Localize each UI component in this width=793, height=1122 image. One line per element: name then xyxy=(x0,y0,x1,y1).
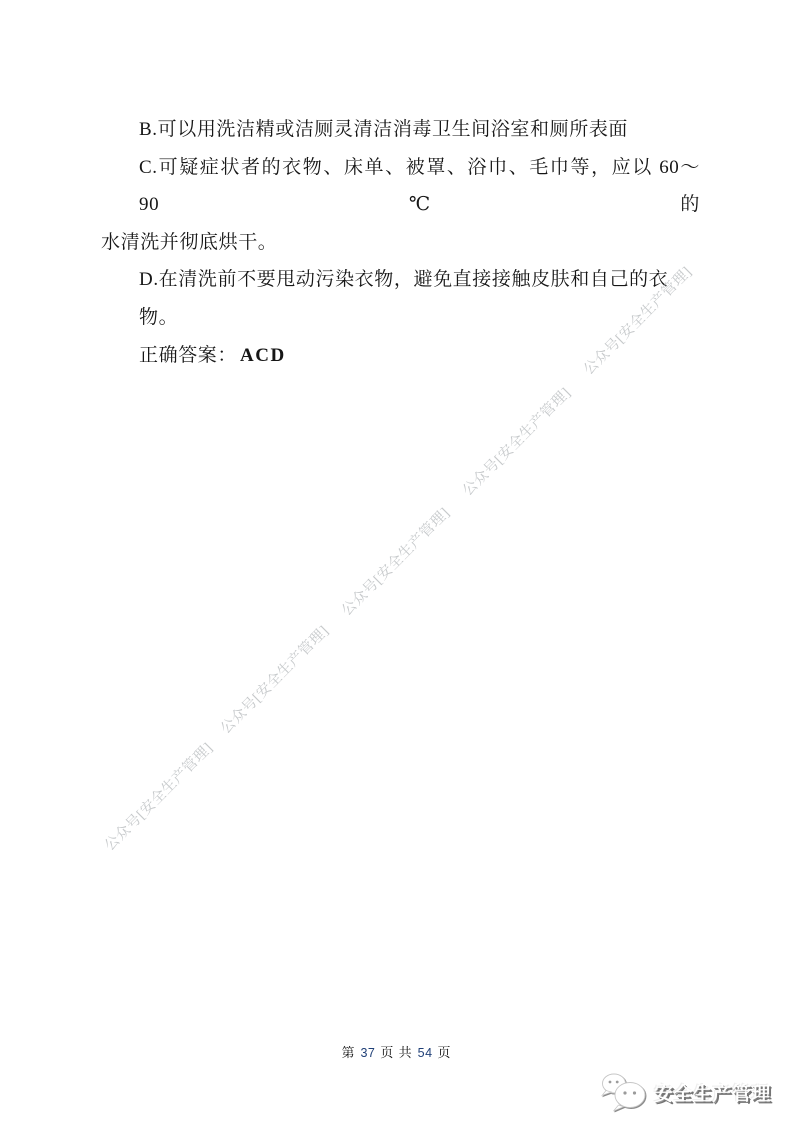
watermark: 公众号[安全生产管理] xyxy=(457,382,575,500)
watermark: 公众号[安全生产管理] xyxy=(336,502,454,620)
answer-label: 正确答案： xyxy=(139,345,237,366)
option-c-line-2: 水清洗并彻底烘干。 xyxy=(101,224,700,262)
option-d-line: D.在清洗前不要甩动污染衣物，避免直接接触皮肤和自己的衣物。 xyxy=(101,261,700,336)
footer-prefix: 第 xyxy=(341,1045,355,1060)
page-footer: 第37页 共54页 xyxy=(0,1042,793,1061)
footer-suffix: 页 xyxy=(438,1045,452,1060)
page-number: 37 xyxy=(360,1046,375,1060)
watermark: 公众号[安全生产管理] xyxy=(215,620,333,738)
option-c-line-1: C.可疑症状者的衣物、床单、被罩、浴巾、毛巾等，应以 60～90℃的 xyxy=(101,149,700,224)
total-pages: 54 xyxy=(418,1046,433,1060)
footer-middle: 页 共 xyxy=(380,1045,412,1060)
document-page: B.可以用洗洁精或洁厕灵清洁消毒卫生间浴室和厕所表面 C.可疑症状者的衣物、床单… xyxy=(0,0,793,1122)
brand-name: 安全生产管理 xyxy=(654,1079,771,1106)
answer-line: 正确答案：ACD xyxy=(101,337,700,375)
wechat-bubbles-icon xyxy=(601,1072,647,1112)
option-b-line: B.可以用洗洁精或洁厕灵清洁消毒卫生间浴室和厕所表面 xyxy=(101,111,700,149)
brand-logo: 安全生产管理 xyxy=(601,1072,771,1112)
document-text: B.可以用洗洁精或洁厕灵清洁消毒卫生间浴室和厕所表面 C.可疑症状者的衣物、床单… xyxy=(101,111,700,374)
answer-value: ACD xyxy=(240,345,286,366)
watermark: 公众号[安全生产管理] xyxy=(99,737,217,855)
